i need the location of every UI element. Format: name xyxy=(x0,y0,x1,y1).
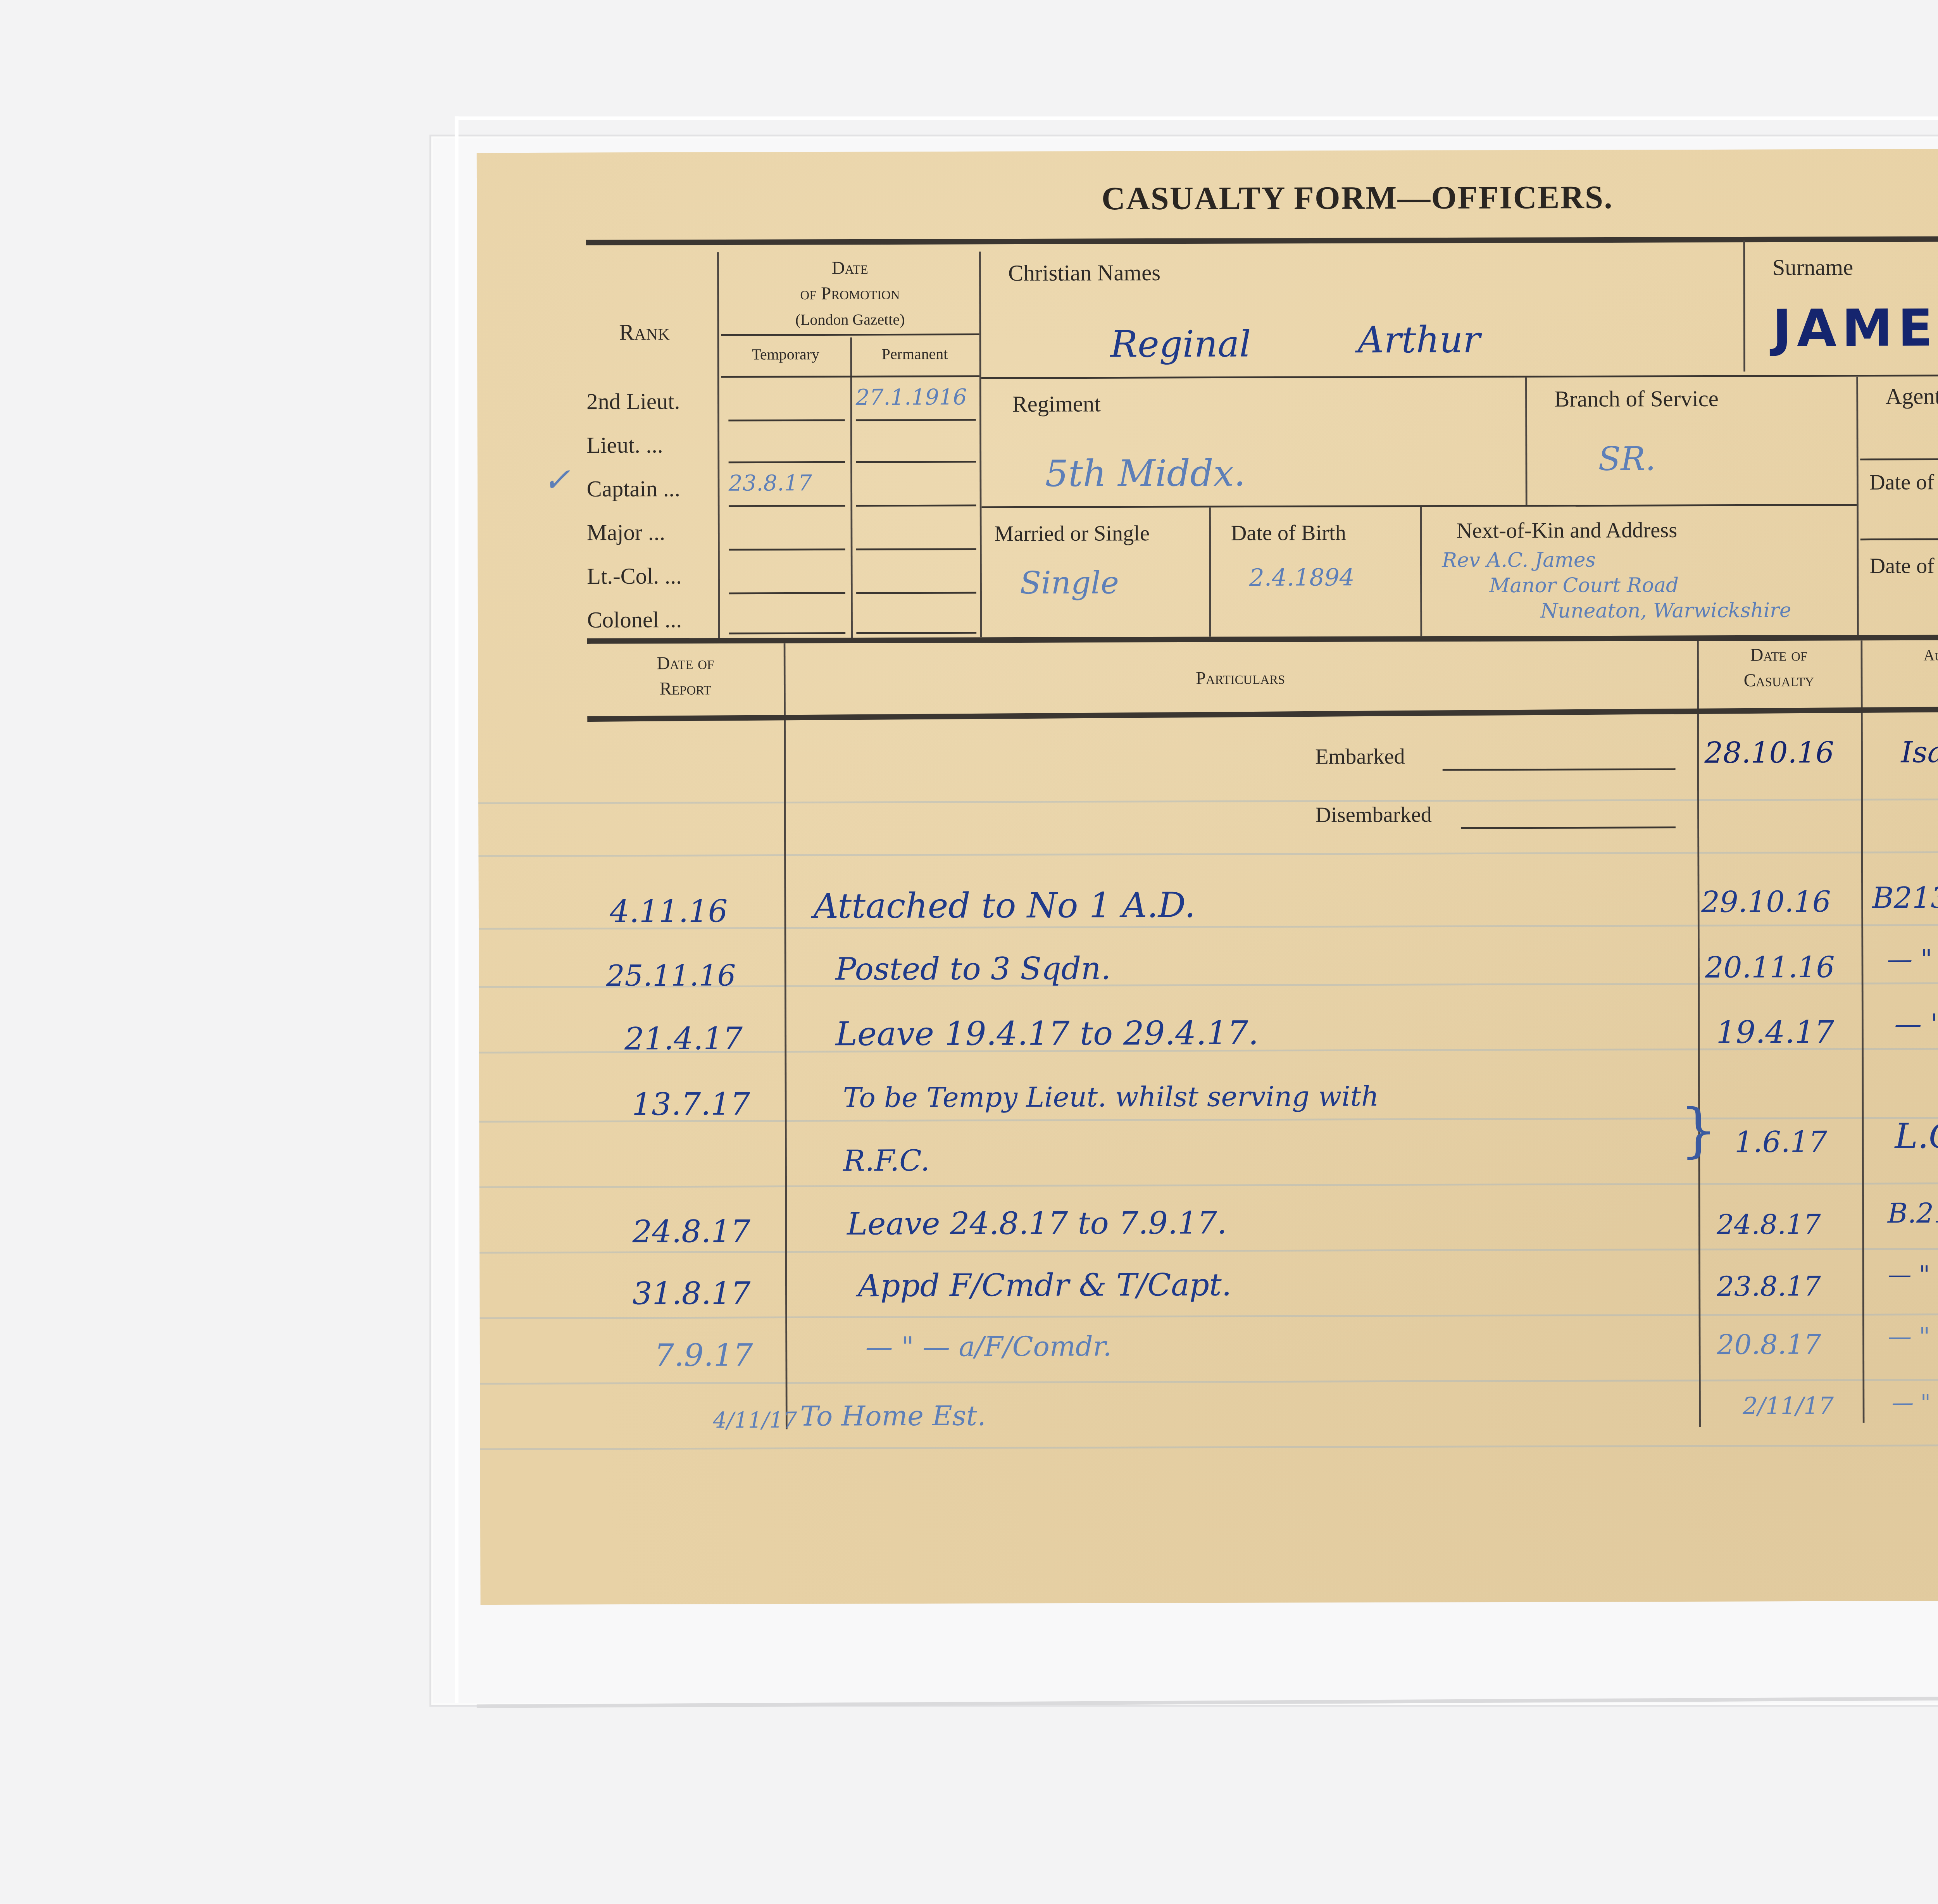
form-title: CASUALTY FORM—OFFICERS. xyxy=(477,177,1938,220)
captain-tick-mark: ✓ xyxy=(543,462,571,500)
authority-column-divider xyxy=(1860,640,1864,1423)
header-bottom-rule xyxy=(587,634,1938,643)
divider xyxy=(1420,507,1422,636)
permanent-2nd-lieut-date: 27.1.1916 xyxy=(856,385,967,410)
married-or-single-value: Single xyxy=(1020,566,1119,603)
ruled-line xyxy=(479,1182,1938,1188)
disembarked-label: Disembarked xyxy=(1315,802,1432,829)
casualty-form-card: CASUALTY FORM—OFFICERS. Rank Date of Pro… xyxy=(477,148,1938,1605)
next-of-kin-line-3: Nuneaton, Warwickshire xyxy=(1540,599,1791,623)
embarked-date: 28.10.16 xyxy=(1704,735,1834,770)
branch-of-service-value: SR. xyxy=(1598,441,1656,479)
date-of-report-header-1: Date of xyxy=(587,654,784,675)
entry-casualty-date: 23.8.17 xyxy=(1717,1270,1821,1303)
date-of-birth-label: Date of Birth xyxy=(1231,520,1346,547)
rank-lt-col: Lt.-Col. ... xyxy=(587,564,682,591)
entry-particulars-continued: R.F.C. xyxy=(843,1143,930,1178)
report-column-divider xyxy=(784,643,788,1430)
entry-particulars: Appd F/Cmdr & T/Capt. xyxy=(858,1268,1232,1305)
cell-line xyxy=(728,419,845,421)
entry-report-date: 25.11.16 xyxy=(606,958,736,993)
cell-line xyxy=(729,592,845,594)
regiment-label: Regiment xyxy=(1012,391,1100,419)
entry-casualty-date: 2/11/17 xyxy=(1743,1394,1834,1421)
entry-casualty-date: 19.4.17 xyxy=(1716,1015,1834,1052)
divider xyxy=(717,252,720,638)
cell-line xyxy=(729,505,845,507)
entry-particulars: To Home Est. xyxy=(800,1400,986,1433)
cell-line xyxy=(856,461,976,463)
promotion-label-1: Date xyxy=(721,259,979,279)
embarked-authority: Isa. 2337. xyxy=(1901,735,1938,769)
disembarked-line xyxy=(1461,826,1676,829)
divider xyxy=(979,252,982,637)
entry-report-date: 24.8.17 xyxy=(632,1215,750,1252)
date-joining-rfc-label: Date of joining R.F.C. xyxy=(1869,469,1938,497)
rank-captain: Captain ... xyxy=(587,476,680,504)
entry-authority: — " — — " — xyxy=(1888,1324,1938,1352)
divider xyxy=(1856,377,1859,635)
divider xyxy=(1860,458,1938,460)
date-leaving-rfc-label: Date of leaving R.F.C. xyxy=(1869,553,1938,581)
ruled-line xyxy=(478,798,1938,804)
entry-particulars: Leave 19.4.17 to 29.4.17. xyxy=(836,1015,1259,1054)
agent-or-banker-label: Agent or Banker xyxy=(1885,383,1938,411)
entry-casualty-date: 20.11.16 xyxy=(1705,950,1835,985)
divider xyxy=(1860,538,1938,540)
next-of-kin-line-1: Rev A.C. James xyxy=(1442,548,1596,573)
christian-name-2: Arthur xyxy=(1358,317,1481,361)
ruled-line xyxy=(479,850,1938,857)
entry-particulars: Leave 24.8.17 to 7.9.17. xyxy=(847,1206,1227,1243)
rank-major: Major ... xyxy=(587,520,665,547)
ruled-line xyxy=(480,1312,1938,1319)
temporary-captain-date: 23.8.17 xyxy=(729,470,812,496)
entry-report-date: 21.4.17 xyxy=(624,1022,743,1059)
date-of-casualty-header-1: Date of xyxy=(1697,646,1861,666)
top-rule xyxy=(586,236,1938,245)
surname-label: Surname xyxy=(1772,255,1854,282)
permanent-label: Permanent xyxy=(850,344,979,363)
cell-line xyxy=(729,461,845,463)
casualty-column-divider xyxy=(1697,641,1701,1427)
authority-header-1: Authority and from xyxy=(1861,645,1938,664)
rank-lieut: Lieut. ... xyxy=(586,433,663,460)
divider xyxy=(1743,240,1745,371)
entry-casualty-date: 29.10.16 xyxy=(1701,884,1831,919)
date-of-birth-value: 2.4.1894 xyxy=(1249,566,1355,593)
next-of-kin-label: Next-of-Kin and Address xyxy=(1457,517,1678,545)
divider xyxy=(1525,378,1528,505)
cell-line xyxy=(856,548,976,550)
date-of-casualty-header-2: Casualty xyxy=(1697,671,1861,692)
entry-report-date: 13.7.17 xyxy=(632,1087,750,1124)
embarked-label: Embarked xyxy=(1315,743,1405,771)
entry-authority: — " — 3 Sqd. xyxy=(1894,1007,1938,1041)
ruled-line xyxy=(480,1444,1938,1450)
entry-authority: B.213 3 Sqd. xyxy=(1888,1197,1938,1230)
authority-header-2: whom received xyxy=(1861,673,1938,692)
cell-line xyxy=(856,632,976,634)
entry-authority: — " — " — xyxy=(1887,946,1938,975)
entry-casualty-date: 24.8.17 xyxy=(1717,1208,1821,1241)
entry-particulars: — " — a/F/Comdr. xyxy=(866,1330,1112,1364)
rank-2nd-lieut: 2nd Lieut. xyxy=(586,389,680,416)
entry-particulars: To be Tempy Lieut. whilst serving with xyxy=(843,1080,1379,1114)
rank-label: Rank xyxy=(619,320,670,347)
ruled-line xyxy=(480,1378,1938,1385)
divider xyxy=(850,338,853,638)
scan-stage: CASUALTY FORM—OFFICERS. Rank Date of Pro… xyxy=(0,0,1938,1903)
divider xyxy=(721,375,979,378)
divider xyxy=(1209,507,1211,636)
entry-report-date: 4.11.16 xyxy=(610,895,728,931)
cell-line xyxy=(729,632,845,634)
rank-colonel: Colonel ... xyxy=(587,607,682,635)
divider xyxy=(981,374,1938,379)
christian-name-1: Reginal xyxy=(1110,322,1251,366)
surname-value: JAMES xyxy=(1772,298,1938,359)
table-header-rule xyxy=(587,705,1938,721)
entry-report-date: 31.8.17 xyxy=(633,1276,751,1313)
entry-authority: L.G. xyxy=(1895,1117,1938,1157)
promotion-label-2: of Promotion xyxy=(721,285,979,305)
entry-authority: — " — — " — xyxy=(1888,1262,1938,1290)
entry-authority: B213. 1 A.D. xyxy=(1872,880,1938,915)
entry-authority: — " — — " — xyxy=(1892,1390,1938,1416)
married-or-single-label: Married or Single xyxy=(994,521,1150,548)
branch-of-service-label: Branch of Service xyxy=(1554,386,1719,414)
next-of-kin-line-2: Manor Court Road xyxy=(1489,574,1679,598)
brace-bracket: } xyxy=(1680,1096,1717,1165)
particulars-header: Particulars xyxy=(784,668,1697,691)
temporary-label: Temporary xyxy=(721,345,850,363)
cell-line xyxy=(729,548,845,550)
cell-line xyxy=(856,592,976,594)
entry-report-date: 4/11/17 xyxy=(713,1407,797,1433)
cell-line xyxy=(856,505,976,507)
cell-line xyxy=(856,419,976,421)
divider xyxy=(981,504,1857,508)
regiment-value: 5th Middx. xyxy=(1045,451,1245,495)
date-of-report-header-2: Report xyxy=(587,680,784,700)
embarked-line xyxy=(1443,768,1676,771)
divider xyxy=(721,333,979,336)
entry-particulars: Attached to No 1 A.D. xyxy=(813,886,1195,927)
promotion-label-3: (London Gazette) xyxy=(721,310,979,329)
entry-casualty-date: 1.6.17 xyxy=(1735,1124,1827,1159)
christian-names-label: Christian Names xyxy=(1008,260,1160,288)
entry-particulars: Posted to 3 Sqdn. xyxy=(835,952,1111,989)
entry-report-date: 7.9.17 xyxy=(654,1338,753,1375)
entry-casualty-date: 20.8.17 xyxy=(1717,1328,1821,1361)
